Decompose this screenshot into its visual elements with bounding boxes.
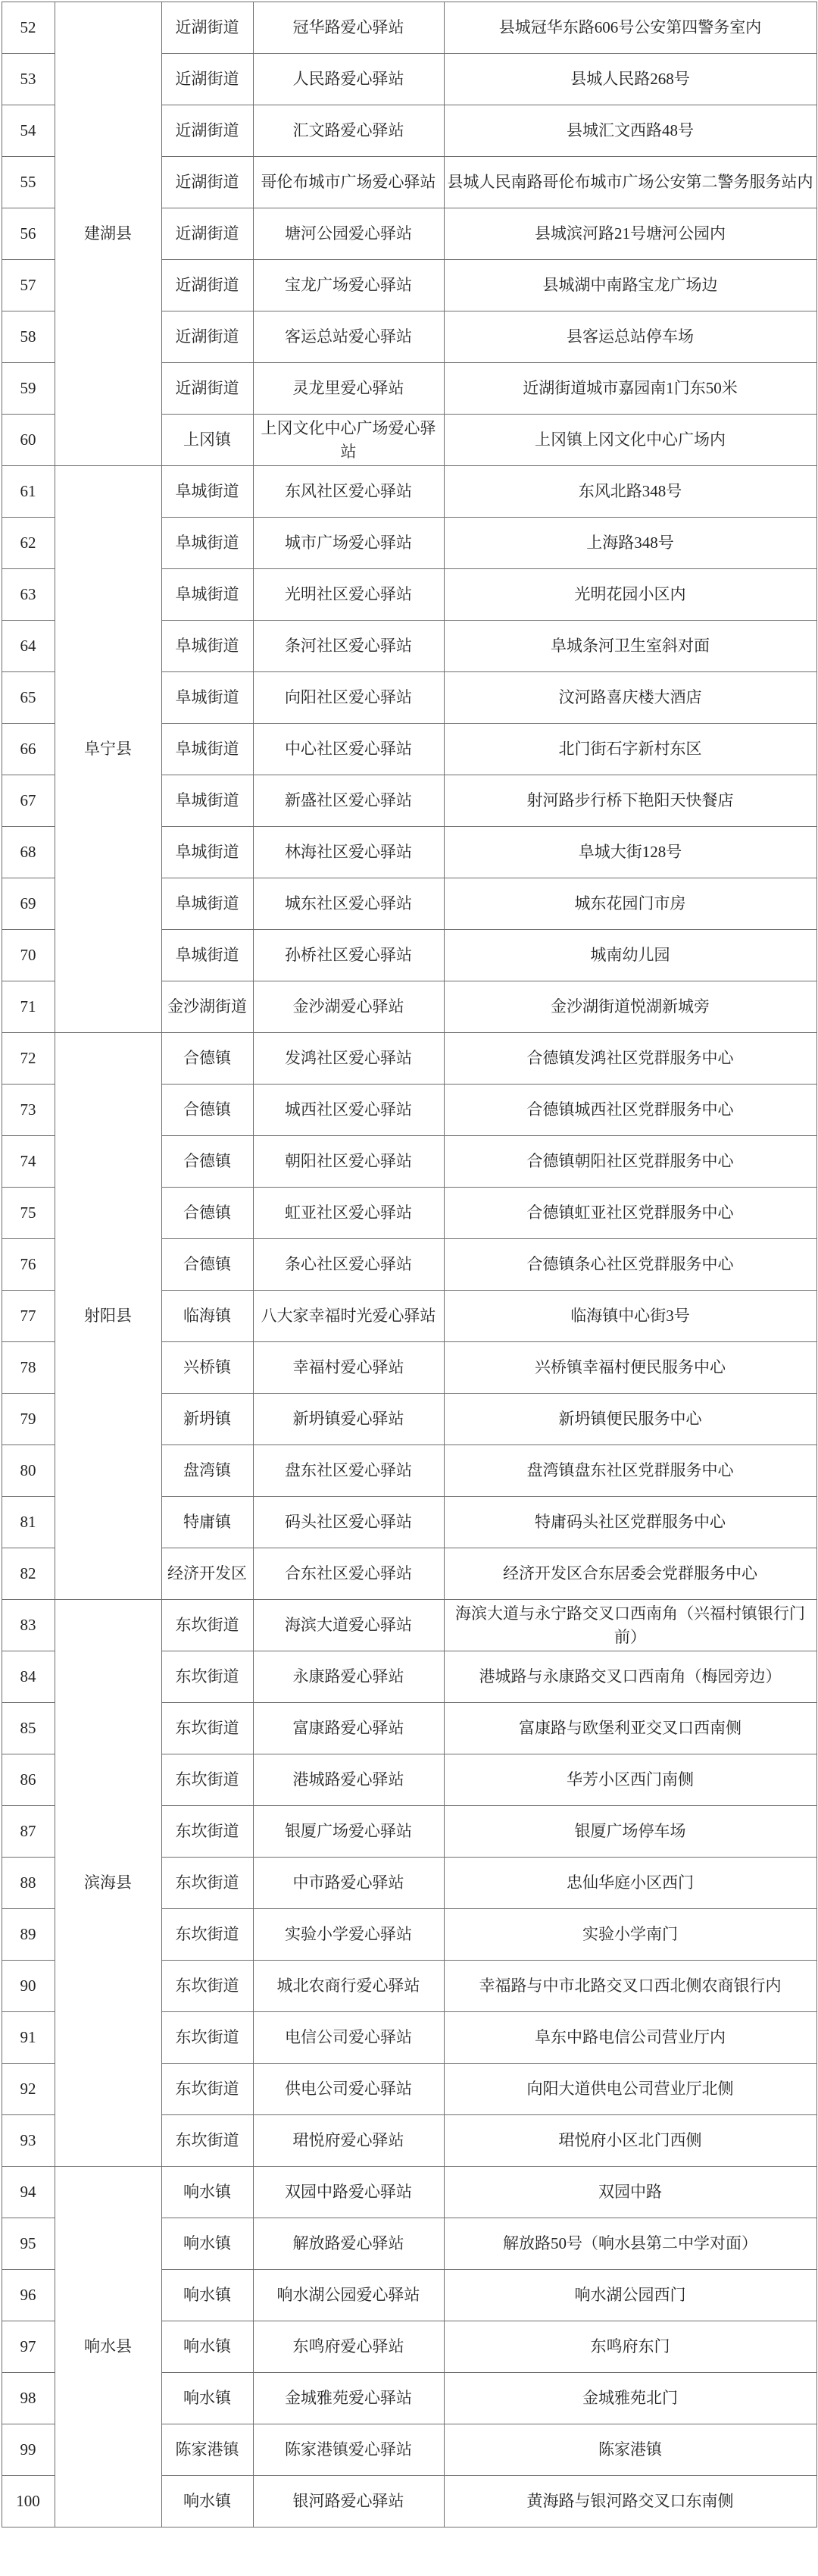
- station-cell: 新坍镇爱心驿站: [253, 1394, 444, 1445]
- street-cell: 阜城街道: [161, 827, 253, 878]
- row-number-cell: 84: [2, 1651, 55, 1703]
- address-cell: 兴桥镇幸福村便民服务中心: [444, 1342, 816, 1394]
- street-cell: 阜城街道: [161, 466, 253, 518]
- address-cell: 县城滨河路21号塘河公园内: [444, 208, 816, 260]
- station-cell: 城东社区爱心驿站: [253, 878, 444, 930]
- row-number-cell: 96: [2, 2270, 55, 2321]
- station-cell: 盘东社区爱心驿站: [253, 1445, 444, 1497]
- station-cell: 双园中路爱心驿站: [253, 2167, 444, 2218]
- address-cell: 合德镇发鸿社区党群服务中心: [444, 1033, 816, 1085]
- station-cell: 幸福村爱心驿站: [253, 1342, 444, 1394]
- station-cell: 响水湖公园爱心驿站: [253, 2270, 444, 2321]
- row-number-cell: 98: [2, 2373, 55, 2424]
- street-cell: 东坎街道: [161, 1754, 253, 1806]
- address-cell: 双园中路: [444, 2167, 816, 2218]
- address-cell: 盘湾镇盘东社区党群服务中心: [444, 1445, 816, 1497]
- row-number-cell: 66: [2, 724, 55, 775]
- street-cell: 东坎街道: [161, 1909, 253, 1961]
- county-cell: 响水县: [55, 2167, 161, 2527]
- street-cell: 东坎街道: [161, 1961, 253, 2012]
- address-cell: 射河路步行桥下艳阳天快餐店: [444, 775, 816, 827]
- street-cell: 响水镇: [161, 2167, 253, 2218]
- address-cell: 合德镇条心社区党群服务中心: [444, 1239, 816, 1291]
- street-cell: 近湖街道: [161, 2, 253, 54]
- address-cell: 黄海路与银河路交叉口东南侧: [444, 2476, 816, 2527]
- station-cell: 灵龙里爱心驿站: [253, 363, 444, 415]
- street-cell: 东坎街道: [161, 1651, 253, 1703]
- street-cell: 响水镇: [161, 2321, 253, 2373]
- address-cell: 富康路与欧堡利亚交叉口西南侧: [444, 1703, 816, 1754]
- row-number-cell: 78: [2, 1342, 55, 1394]
- address-cell: 港城路与永康路交叉口西南角（梅园旁边）: [444, 1651, 816, 1703]
- street-cell: 阜城街道: [161, 930, 253, 981]
- station-cell: 发鸿社区爱心驿站: [253, 1033, 444, 1085]
- table-row: 52 建湖县 近湖街道 冠华路爱心驿站 县城冠华东路606号公安第四警务室内: [2, 2, 816, 54]
- street-cell: 经济开发区: [161, 1548, 253, 1600]
- row-number-cell: 63: [2, 569, 55, 621]
- row-number-cell: 60: [2, 415, 55, 466]
- street-cell: 阜城街道: [161, 518, 253, 569]
- address-cell: 银厦广场停车场: [444, 1806, 816, 1858]
- county-cell: 阜宁县: [55, 466, 161, 1033]
- row-number-cell: 76: [2, 1239, 55, 1291]
- street-cell: 合德镇: [161, 1033, 253, 1085]
- address-cell: 金城雅苑北门: [444, 2373, 816, 2424]
- station-cell: 条心社区爱心驿站: [253, 1239, 444, 1291]
- station-cell: 东鸣府爱心驿站: [253, 2321, 444, 2373]
- row-number-cell: 58: [2, 311, 55, 363]
- street-cell: 近湖街道: [161, 157, 253, 208]
- row-number-cell: 86: [2, 1754, 55, 1806]
- row-number-cell: 75: [2, 1188, 55, 1239]
- address-cell: 陈家港镇: [444, 2424, 816, 2476]
- street-cell: 东坎街道: [161, 1858, 253, 1909]
- station-cell: 光明社区爱心驿站: [253, 569, 444, 621]
- station-cell: 码头社区爱心驿站: [253, 1497, 444, 1548]
- station-cell: 朝阳社区爱心驿站: [253, 1136, 444, 1188]
- street-cell: 合德镇: [161, 1136, 253, 1188]
- address-cell: 北门街石字新村东区: [444, 724, 816, 775]
- station-cell: 海滨大道爱心驿站: [253, 1600, 444, 1651]
- row-number-cell: 80: [2, 1445, 55, 1497]
- row-number-cell: 82: [2, 1548, 55, 1600]
- station-cell: 富康路爱心驿站: [253, 1703, 444, 1754]
- document: 52 建湖县 近湖街道 冠华路爱心驿站 县城冠华东路606号公安第四警务室内 5…: [0, 0, 818, 2529]
- street-cell: 近湖街道: [161, 54, 253, 105]
- station-cell: 条河社区爱心驿站: [253, 621, 444, 672]
- street-cell: 响水镇: [161, 2476, 253, 2527]
- table-body: 52 建湖县 近湖街道 冠华路爱心驿站 县城冠华东路606号公安第四警务室内 5…: [2, 2, 816, 2527]
- row-number-cell: 70: [2, 930, 55, 981]
- station-cell: 东风社区爱心驿站: [253, 466, 444, 518]
- street-cell: 盘湾镇: [161, 1445, 253, 1497]
- row-number-cell: 54: [2, 105, 55, 157]
- street-cell: 东坎街道: [161, 1703, 253, 1754]
- row-number-cell: 67: [2, 775, 55, 827]
- row-number-cell: 55: [2, 157, 55, 208]
- street-cell: 阜城街道: [161, 621, 253, 672]
- address-cell: 合德镇城西社区党群服务中心: [444, 1085, 816, 1136]
- address-cell: 合德镇朝阳社区党群服务中心: [444, 1136, 816, 1188]
- address-cell: 东风北路348号: [444, 466, 816, 518]
- address-cell: 汶河路喜庆楼大酒店: [444, 672, 816, 724]
- street-cell: 兴桥镇: [161, 1342, 253, 1394]
- row-number-cell: 72: [2, 1033, 55, 1085]
- address-cell: 城东花园门市房: [444, 878, 816, 930]
- address-cell: 华芳小区西门南侧: [444, 1754, 816, 1806]
- station-cell: 陈家港镇爱心驿站: [253, 2424, 444, 2476]
- row-number-cell: 83: [2, 1600, 55, 1651]
- station-cell: 电信公司爱心驿站: [253, 2012, 444, 2064]
- row-number-cell: 81: [2, 1497, 55, 1548]
- row-number-cell: 100: [2, 2476, 55, 2527]
- love-station-table: 52 建湖县 近湖街道 冠华路爱心驿站 县城冠华东路606号公安第四警务室内 5…: [2, 2, 817, 2527]
- station-cell: 客运总站爱心驿站: [253, 311, 444, 363]
- county-cell: 滨海县: [55, 1600, 161, 2167]
- table-row: 72 射阳县 合德镇 发鸿社区爱心驿站 合德镇发鸿社区党群服务中心: [2, 1033, 816, 1085]
- address-cell: 合德镇虹亚社区党群服务中心: [444, 1188, 816, 1239]
- station-cell: 孙桥社区爱心驿站: [253, 930, 444, 981]
- street-cell: 近湖街道: [161, 311, 253, 363]
- street-cell: 合德镇: [161, 1085, 253, 1136]
- row-number-cell: 56: [2, 208, 55, 260]
- address-cell: 县城人民南路哥伦布城市广场公安第二警务服务站内: [444, 157, 816, 208]
- address-cell: 光明花园小区内: [444, 569, 816, 621]
- station-cell: 银河路爱心驿站: [253, 2476, 444, 2527]
- station-cell: 冠华路爱心驿站: [253, 2, 444, 54]
- row-number-cell: 88: [2, 1858, 55, 1909]
- row-number-cell: 87: [2, 1806, 55, 1858]
- row-number-cell: 73: [2, 1085, 55, 1136]
- row-number-cell: 64: [2, 621, 55, 672]
- table-row: 83 滨海县 东坎街道 海滨大道爱心驿站 海滨大道与永宁路交叉口西南角（兴福村镇…: [2, 1600, 816, 1651]
- row-number-cell: 77: [2, 1291, 55, 1342]
- address-cell: 临海镇中心街3号: [444, 1291, 816, 1342]
- row-number-cell: 89: [2, 1909, 55, 1961]
- street-cell: 东坎街道: [161, 2012, 253, 2064]
- row-number-cell: 69: [2, 878, 55, 930]
- station-cell: 八大家幸福时光爱心驿站: [253, 1291, 444, 1342]
- address-cell: 城南幼儿园: [444, 930, 816, 981]
- street-cell: 陈家港镇: [161, 2424, 253, 2476]
- station-cell: 城北农商行爱心驿站: [253, 1961, 444, 2012]
- address-cell: 珺悦府小区北门西侧: [444, 2115, 816, 2167]
- address-cell: 县城冠华东路606号公安第四警务室内: [444, 2, 816, 54]
- station-cell: 汇文路爱心驿站: [253, 105, 444, 157]
- station-cell: 珺悦府爱心驿站: [253, 2115, 444, 2167]
- station-cell: 人民路爱心驿站: [253, 54, 444, 105]
- street-cell: 合德镇: [161, 1239, 253, 1291]
- address-cell: 县城汇文西路48号: [444, 105, 816, 157]
- row-number-cell: 65: [2, 672, 55, 724]
- street-cell: 阜城街道: [161, 569, 253, 621]
- street-cell: 阜城街道: [161, 724, 253, 775]
- address-cell: 县城人民路268号: [444, 54, 816, 105]
- station-cell: 上冈文化中心广场爱心驿站: [253, 415, 444, 466]
- address-cell: 向阳大道供电公司营业厅北侧: [444, 2064, 816, 2115]
- address-cell: 新坍镇便民服务中心: [444, 1394, 816, 1445]
- row-number-cell: 61: [2, 466, 55, 518]
- address-cell: 金沙湖街道悦湖新城旁: [444, 981, 816, 1033]
- row-number-cell: 90: [2, 1961, 55, 2012]
- station-cell: 中心社区爱心驿站: [253, 724, 444, 775]
- street-cell: 阜城街道: [161, 672, 253, 724]
- address-cell: 海滨大道与永宁路交叉口西南角（兴福村镇银行门前）: [444, 1600, 816, 1651]
- station-cell: 城市广场爱心驿站: [253, 518, 444, 569]
- row-number-cell: 52: [2, 2, 55, 54]
- row-number-cell: 97: [2, 2321, 55, 2373]
- station-cell: 银厦广场爱心驿站: [253, 1806, 444, 1858]
- street-cell: 近湖街道: [161, 105, 253, 157]
- station-cell: 合东社区爱心驿站: [253, 1548, 444, 1600]
- address-cell: 县客运总站停车场: [444, 311, 816, 363]
- address-cell: 解放路50号（响水县第二中学对面）: [444, 2218, 816, 2270]
- street-cell: 临海镇: [161, 1291, 253, 1342]
- street-cell: 响水镇: [161, 2373, 253, 2424]
- street-cell: 近湖街道: [161, 363, 253, 415]
- address-cell: 阜城大街128号: [444, 827, 816, 878]
- station-cell: 永康路爱心驿站: [253, 1651, 444, 1703]
- address-cell: 阜城条河卫生室斜对面: [444, 621, 816, 672]
- row-number-cell: 99: [2, 2424, 55, 2476]
- station-cell: 实验小学爱心驿站: [253, 1909, 444, 1961]
- street-cell: 响水镇: [161, 2218, 253, 2270]
- address-cell: 上冈镇上冈文化中心广场内: [444, 415, 816, 466]
- street-cell: 新坍镇: [161, 1394, 253, 1445]
- street-cell: 东坎街道: [161, 2115, 253, 2167]
- street-cell: 金沙湖街道: [161, 981, 253, 1033]
- street-cell: 东坎街道: [161, 1806, 253, 1858]
- address-cell: 实验小学南门: [444, 1909, 816, 1961]
- station-cell: 哥伦布城市广场爱心驿站: [253, 157, 444, 208]
- street-cell: 阜城街道: [161, 878, 253, 930]
- address-cell: 东鸣府东门: [444, 2321, 816, 2373]
- address-cell: 特庸码头社区党群服务中心: [444, 1497, 816, 1548]
- row-number-cell: 59: [2, 363, 55, 415]
- row-number-cell: 94: [2, 2167, 55, 2218]
- street-cell: 东坎街道: [161, 1600, 253, 1651]
- table-row: 61 阜宁县 阜城街道 东风社区爱心驿站 东风北路348号: [2, 466, 816, 518]
- street-cell: 特庸镇: [161, 1497, 253, 1548]
- street-cell: 东坎街道: [161, 2064, 253, 2115]
- row-number-cell: 95: [2, 2218, 55, 2270]
- row-number-cell: 79: [2, 1394, 55, 1445]
- address-cell: 近湖街道城市嘉园南1门东50米: [444, 363, 816, 415]
- address-cell: 县城湖中南路宝龙广场边: [444, 260, 816, 311]
- street-cell: 阜城街道: [161, 775, 253, 827]
- row-number-cell: 91: [2, 2012, 55, 2064]
- row-number-cell: 62: [2, 518, 55, 569]
- table-row: 94 响水县 响水镇 双园中路爱心驿站 双园中路: [2, 2167, 816, 2218]
- address-cell: 经济开发区合东居委会党群服务中心: [444, 1548, 816, 1600]
- row-number-cell: 93: [2, 2115, 55, 2167]
- row-number-cell: 85: [2, 1703, 55, 1754]
- row-number-cell: 71: [2, 981, 55, 1033]
- station-cell: 供电公司爱心驿站: [253, 2064, 444, 2115]
- address-cell: 响水湖公园西门: [444, 2270, 816, 2321]
- street-cell: 上冈镇: [161, 415, 253, 466]
- address-cell: 幸福路与中市北路交叉口西北侧农商银行内: [444, 1961, 816, 2012]
- station-cell: 塘河公园爱心驿站: [253, 208, 444, 260]
- station-cell: 城西社区爱心驿站: [253, 1085, 444, 1136]
- address-cell: 忠仙华庭小区西门: [444, 1858, 816, 1909]
- row-number-cell: 74: [2, 1136, 55, 1188]
- station-cell: 新盛社区爱心驿站: [253, 775, 444, 827]
- street-cell: 近湖街道: [161, 208, 253, 260]
- county-cell: 射阳县: [55, 1033, 161, 1600]
- street-cell: 近湖街道: [161, 260, 253, 311]
- row-number-cell: 68: [2, 827, 55, 878]
- station-cell: 宝龙广场爱心驿站: [253, 260, 444, 311]
- address-cell: 上海路348号: [444, 518, 816, 569]
- row-number-cell: 57: [2, 260, 55, 311]
- address-cell: 阜东中路电信公司营业厅内: [444, 2012, 816, 2064]
- county-cell: 建湖县: [55, 2, 161, 466]
- street-cell: 响水镇: [161, 2270, 253, 2321]
- station-cell: 港城路爱心驿站: [253, 1754, 444, 1806]
- station-cell: 虹亚社区爱心驿站: [253, 1188, 444, 1239]
- row-number-cell: 92: [2, 2064, 55, 2115]
- station-cell: 林海社区爱心驿站: [253, 827, 444, 878]
- station-cell: 金城雅苑爱心驿站: [253, 2373, 444, 2424]
- street-cell: 合德镇: [161, 1188, 253, 1239]
- station-cell: 解放路爱心驿站: [253, 2218, 444, 2270]
- station-cell: 中市路爱心驿站: [253, 1858, 444, 1909]
- row-number-cell: 53: [2, 54, 55, 105]
- station-cell: 向阳社区爱心驿站: [253, 672, 444, 724]
- station-cell: 金沙湖爱心驿站: [253, 981, 444, 1033]
